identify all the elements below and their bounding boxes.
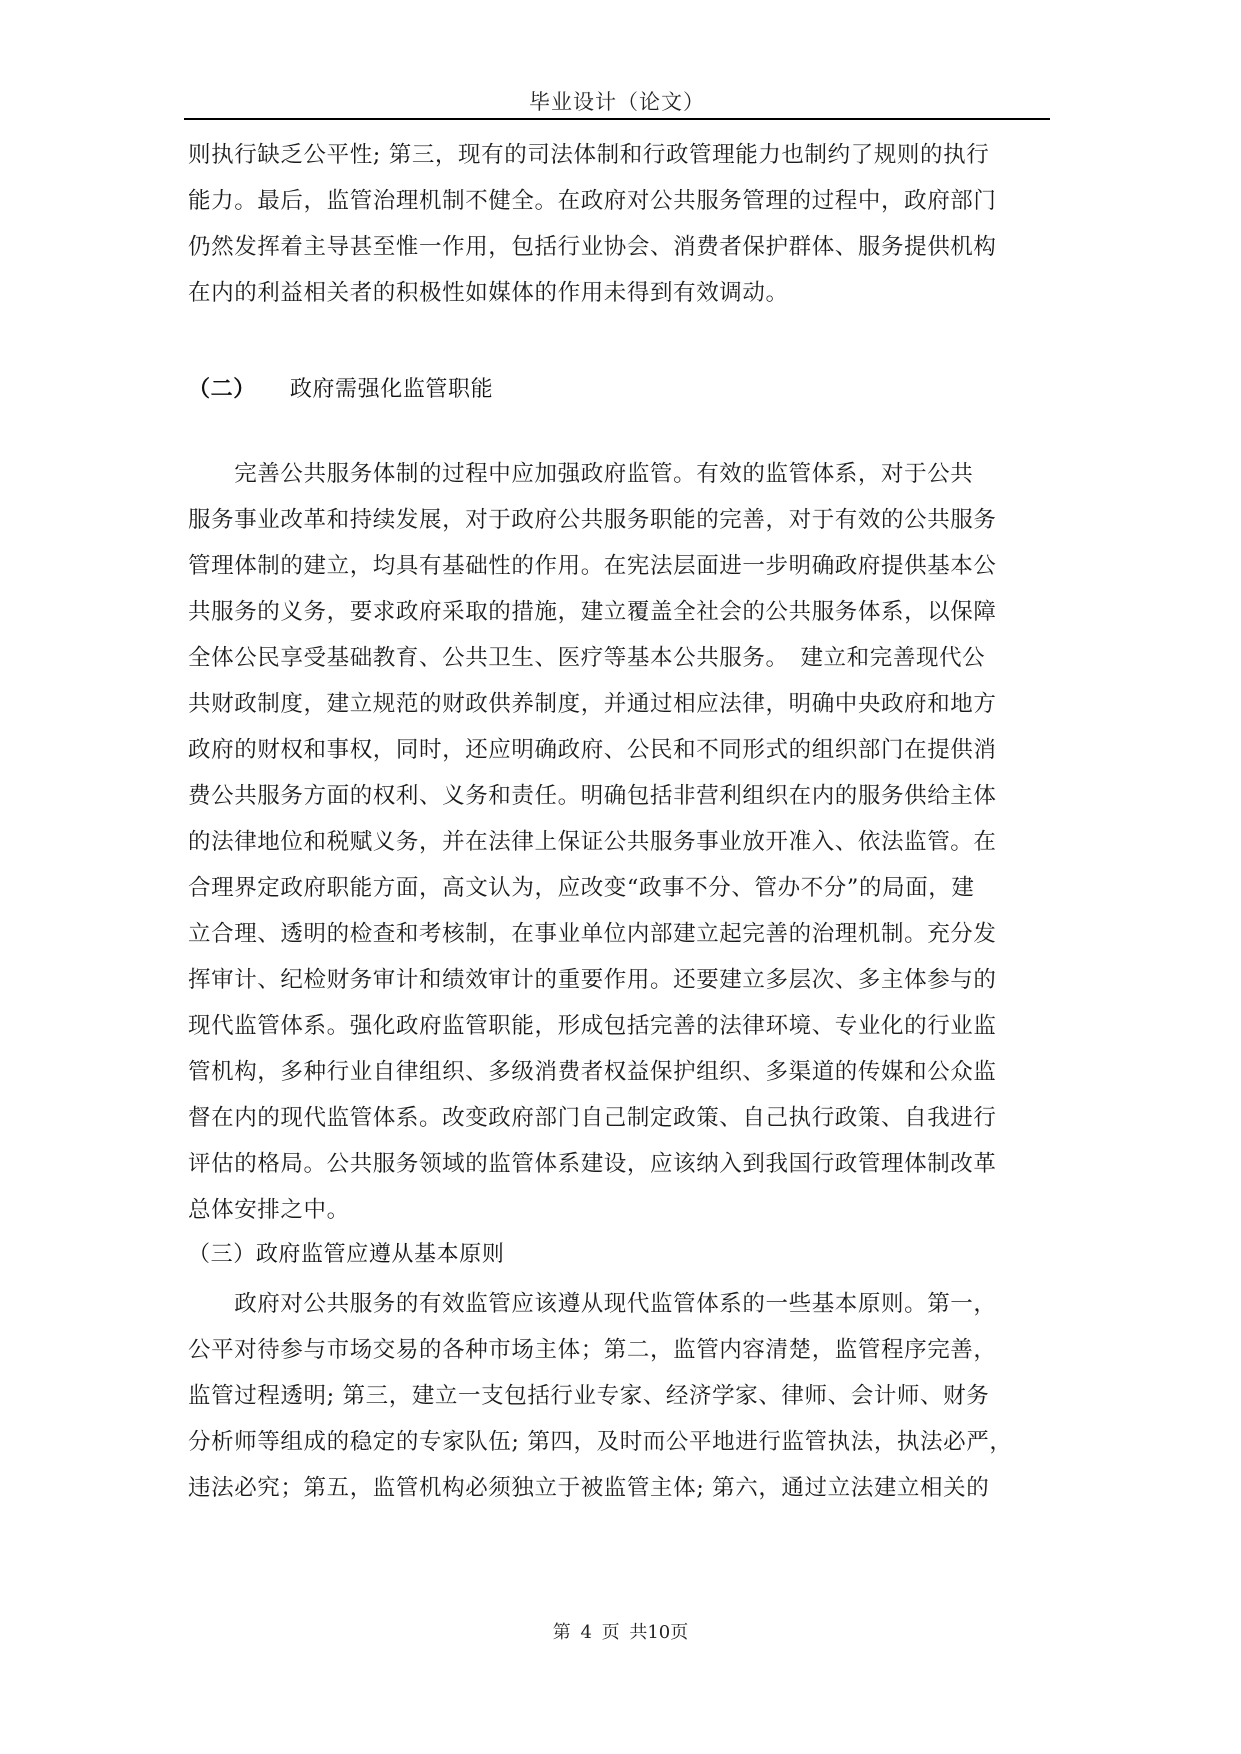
para2-line: 服务事业改革和持续发展，对于政府公共服务职能的完善，对于有效的公共服务: [188, 505, 1050, 535]
para2-line: 合理界定政府职能方面，高文认为，应改变“政事不分、管办不分”的局面，建: [188, 873, 1050, 903]
document-page: 毕业设计（论文） 则执行缺乏公平性; 第三，现有的司法体制和行政管理能力也制约了…: [0, 0, 1241, 1754]
para3-line: 政府对公共服务的有效监管应该遵从现代监管体系的一些基本原则。第一，: [188, 1289, 1050, 1319]
para2-line: 立合理、透明的检查和考核制，在事业单位内部建立起完善的治理机制。充分发: [188, 919, 1050, 949]
para1-line: 能力。最后，监管治理机制不健全。在政府对公共服务管理的过程中，政府部门: [188, 186, 1050, 216]
para2-line: 的法律地位和税赋义务，并在法律上保证公共服务事业放开准入、依法监管。在: [188, 827, 1050, 857]
para1-line: 则执行缺乏公平性; 第三，现有的司法体制和行政管理能力也制约了规则的执行: [188, 140, 1050, 170]
para3-line: 监管过程透明; 第三，建立一支包括行业专家、经济学家、律师、会计师、财务: [188, 1381, 1050, 1411]
para2-line: 督在内的现代监管体系。改变政府部门自己制定政策、自己执行政策、自我进行: [188, 1103, 1050, 1133]
para2-line: 挥审计、纪检财务审计和绩效审计的重要作用。还要建立多层次、多主体参与的: [188, 965, 1050, 995]
para2-line: 完善公共服务体制的过程中应加强政府监管。有效的监管体系，对于公共: [188, 459, 1050, 489]
section-title: 政府需强化监管职能: [290, 377, 493, 402]
para3-line: 分析师等组成的稳定的专家队伍; 第四，及时而公平地进行监管执法，执法必严，: [188, 1427, 1050, 1457]
para2-line: 费公共服务方面的权利、义务和责任。明确包括非营利组织在内的服务供给主体: [188, 781, 1050, 811]
section-number: （三）: [188, 1242, 256, 1267]
page-number-footer: 第 4 页 共10页: [0, 1618, 1241, 1644]
section-title: 政府监管应遵从基本原则: [256, 1242, 505, 1267]
para1-line: 在内的利益相关者的积极性如媒体的作用未得到有效调动。: [188, 278, 1050, 308]
para2-line: 总体安排之中。: [188, 1195, 1050, 1225]
para2-line: 政府的财权和事权，同时，还应明确政府、公民和不同形式的组织部门在提供消: [188, 735, 1050, 765]
section-heading-3: （三）政府监管应遵从基本原则: [188, 1240, 1050, 1270]
para2-line: 全体公民享受基础教育、公共卫生、医疗等基本公共服务。 建立和完善现代公: [188, 643, 1050, 673]
section-heading-2: （二）政府需强化监管职能: [188, 375, 1050, 405]
para3-line: 公平对待参与市场交易的各种市场主体；第二，监管内容清楚，监管程序完善，: [188, 1335, 1050, 1365]
section-number: （二）: [188, 377, 256, 402]
para2-line: 现代监管体系。强化政府监管职能，形成包括完善的法律环境、专业化的行业监: [188, 1011, 1050, 1041]
para2-line: 管机构，多种行业自律组织、多级消费者权益保护组织、多渠道的传媒和公众监: [188, 1057, 1050, 1087]
para3-line: 违法必究；第五，监管机构必须独立于被监管主体; 第六，通过立法建立相关的: [188, 1473, 1050, 1503]
header-rule: [184, 118, 1050, 120]
para2-line: 评估的格局。公共服务领域的监管体系建设，应该纳入到我国行政管理体制改革: [188, 1149, 1050, 1179]
running-header: 毕业设计（论文）: [184, 86, 1050, 116]
para2-line: 共服务的义务，要求政府采取的措施，建立覆盖全社会的公共服务体系，以保障: [188, 597, 1050, 627]
para2-line: 管理体制的建立，均具有基础性的作用。在宪法层面进一步明确政府提供基本公: [188, 551, 1050, 581]
para1-line: 仍然发挥着主导甚至惟一作用，包括行业协会、消费者保护群体、服务提供机构: [188, 232, 1050, 262]
para2-line: 共财政制度，建立规范的财政供养制度，并通过相应法律，明确中央政府和地方: [188, 689, 1050, 719]
